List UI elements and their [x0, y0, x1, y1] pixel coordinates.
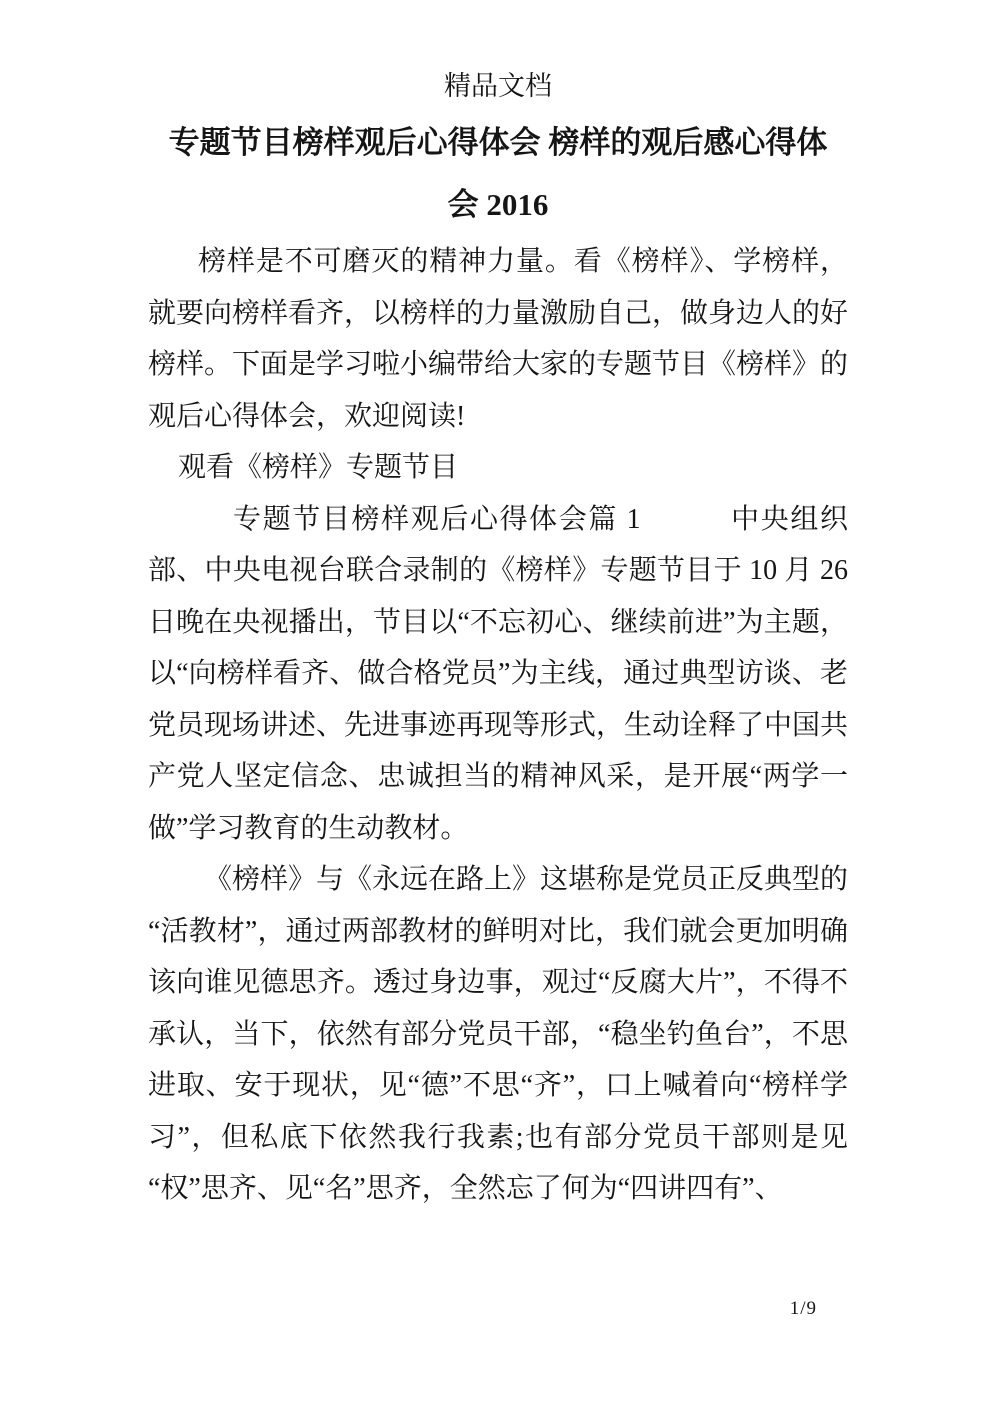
document-title-line-1: 专题节目榜样观后心得体会 榜样的观后感心得体 [148, 112, 848, 174]
essay-paragraph-2: 《榜样》与《永远在路上》这堪称是党员正反典型的“活教材”，通过两部教材的鲜明对比… [148, 854, 848, 1215]
intro-paragraph: 榜样是不可磨灭的精神力量。看《榜样》、学榜样，就要向榜样看齐，以榜样的力量激励自… [148, 236, 848, 442]
document-title: 专题节目榜样观后心得体会 榜样的观后感心得体 会 2016 [148, 112, 848, 236]
document-title-line-2: 会 2016 [148, 174, 848, 236]
page-number: 1/9 [790, 1298, 817, 1320]
section-heading-line: 观看《榜样》专题节目 [148, 442, 848, 494]
document-content: 精品文档 专题节目榜样观后心得体会 榜样的观后感心得体 会 2016 榜样是不可… [148, 70, 848, 1215]
document-watermark-header: 精品文档 [148, 70, 848, 102]
essay-paragraph-1: 专题节目榜样观后心得体会篇 1 中央组织部、中央电视台联合录制的《榜样》专题节目… [148, 494, 848, 855]
document-page: 精品文档 专题节目榜样观后心得体会 榜样的观后感心得体 会 2016 榜样是不可… [0, 0, 993, 1404]
